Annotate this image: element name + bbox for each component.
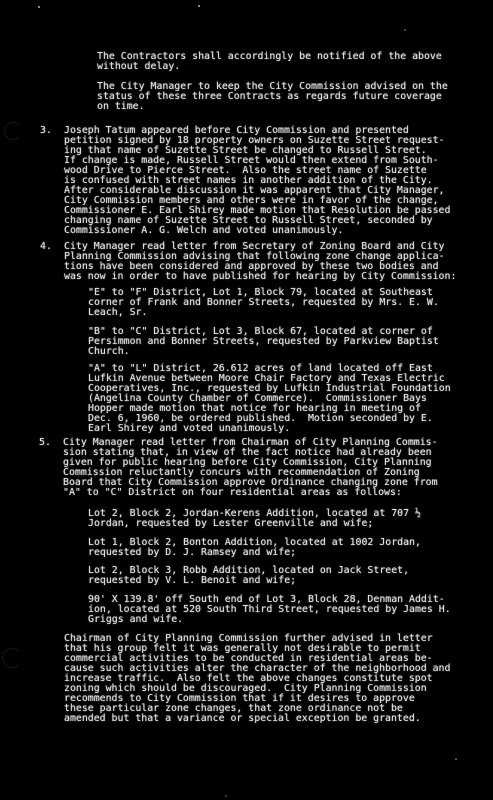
item-5-body: City Manager read letter from Chairman o…: [63, 438, 438, 498]
scan-artifact-top: [4, 122, 22, 140]
paragraph-manager-advise: The City Manager to keep the City Commis…: [97, 82, 448, 112]
item-4-zone-change-3: "A" to "L" District, 26.612 acres of lan…: [88, 364, 451, 434]
scan-speck: [455, 758, 457, 760]
item-3-number: 3.: [40, 126, 58, 136]
item-5-number: 5.: [39, 438, 57, 448]
scan-artifact-bottom: [2, 648, 22, 668]
scan-speck: [38, 6, 40, 8]
item-4-number: 4.: [40, 242, 58, 252]
scan-speck: [404, 29, 406, 31]
item-5-area-3: Lot 2, Block 3, Robb Addition, located o…: [88, 566, 409, 586]
item-4-zone-change-1: "E" to "F" District, Lot 1, Block 79, lo…: [88, 288, 439, 318]
minutes-page: The Contractors shall accordingly be not…: [0, 0, 493, 800]
scan-speck: [225, 795, 227, 797]
scan-speck: [198, 5, 200, 7]
item-5-area-1: Lot 2, Block 2, Jordan-Kerens Addition, …: [88, 509, 421, 529]
item-4-zone-change-2: "B" to "C" District, Lot 3, Block 67, lo…: [88, 327, 439, 357]
paragraph-planning-commission-recommendation: Chairman of City Planning Commission fur…: [64, 634, 450, 724]
item-3-body: Joseph Tatum appeared before City Commis…: [64, 126, 450, 236]
item-5-area-2: Lot 1, Block 2, Bonton Addition, located…: [88, 538, 421, 558]
paragraph-contractors-notice: The Contractors shall accordingly be not…: [97, 52, 442, 72]
item-5-area-4: 90' X 139.8' off South end of Lot 3, Blo…: [88, 595, 451, 625]
item-4-body: City Manager read letter from Secretary …: [64, 242, 456, 282]
